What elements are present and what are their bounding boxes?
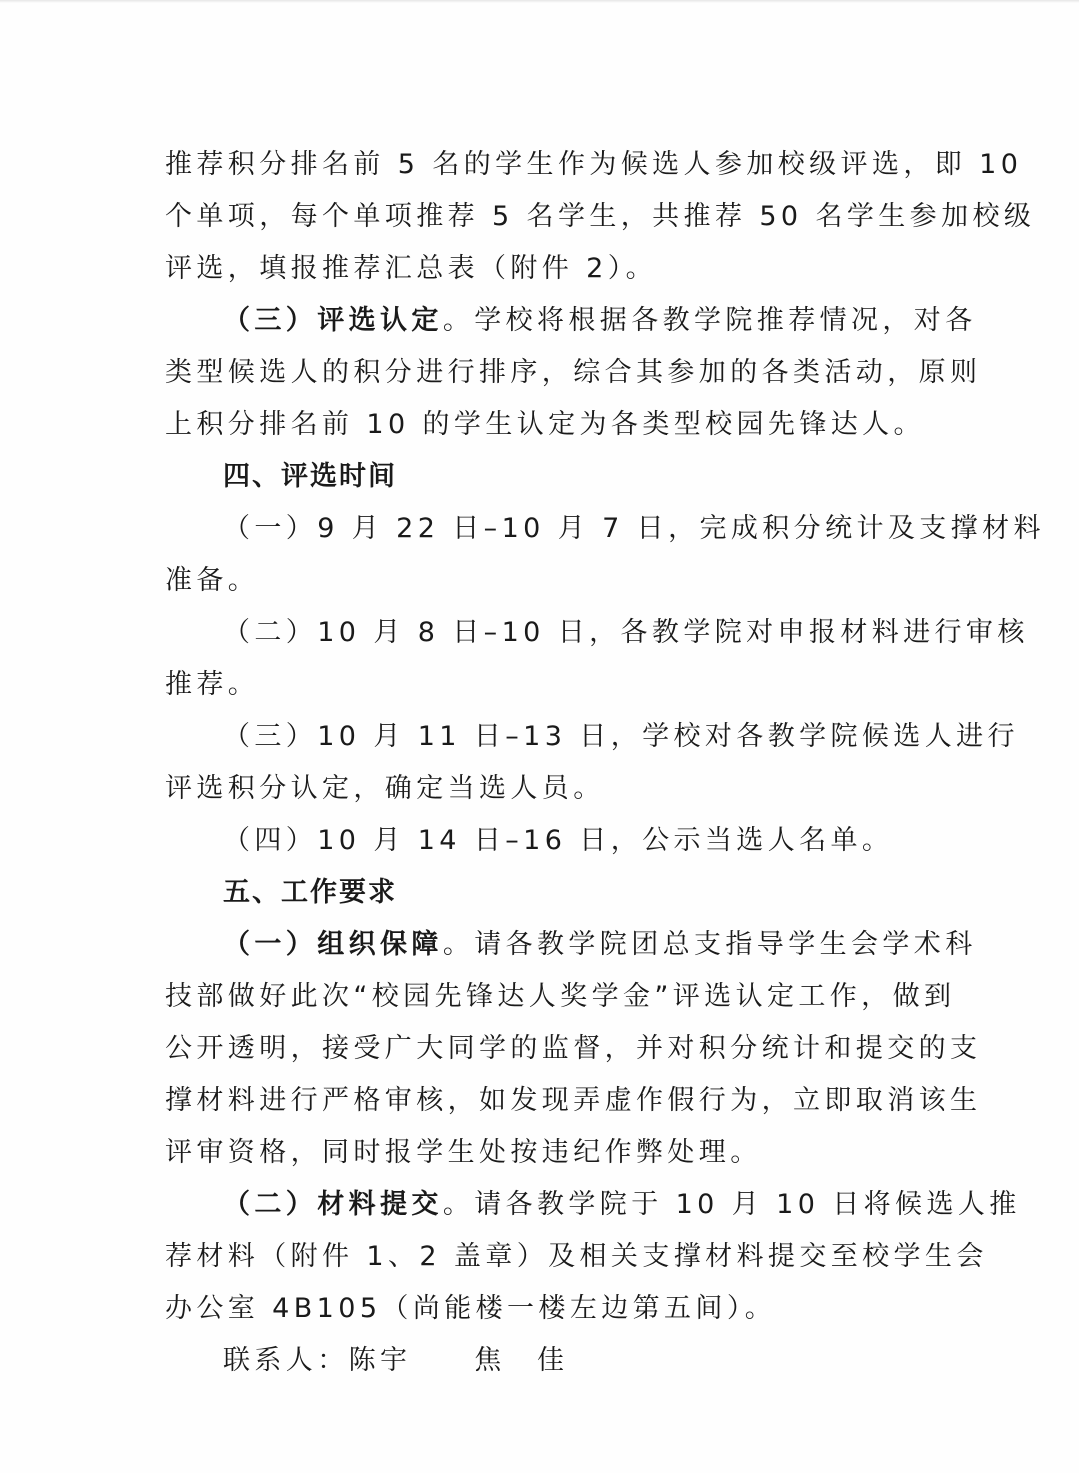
paragraph-text: 。学校将根据各教学院推荐情况，对各	[443, 305, 977, 336]
text-line: 上积分排名前 10 的学生认定为各类型校园先锋达人。	[165, 399, 917, 451]
text-line: 个单项，每个单项推荐 5 名学生，共推荐 50 名学生参加校级	[165, 191, 917, 243]
text-line: 类型候选人的积分进行排序，综合其参加的各类活动，原则	[165, 347, 917, 399]
paragraph-text: 。请各教学院于 10 月 10 日将候选人推	[443, 1189, 1021, 1220]
schedule-item: （三）10 月 11 日–13 日，学校对各教学院候选人进行	[165, 711, 917, 763]
text-line: 评选积分认定，确定当选人员。	[165, 763, 917, 815]
text-line: 公开透明，接受广大同学的监督，并对积分统计和提交的支	[165, 1023, 917, 1075]
text-line: 评选，填报推荐汇总表（附件 2）。	[165, 243, 917, 295]
paragraph-text: 。请各教学院团总支指导学生会学术科	[443, 929, 977, 960]
contact-line: 联系人：陈宇 焦 佳	[165, 1335, 917, 1387]
paragraph-lead: （三）评选认定	[223, 305, 443, 336]
section-requirements: 五、工作要求 （一）组织保障。请各教学院团总支指导学生会学术科 技部做好此次“校…	[165, 867, 917, 1387]
text-line: 评审资格，同时报学生处按违纪作弊处理。	[165, 1127, 917, 1179]
document-page: 推荐积分排名前 5 名的学生作为候选人参加校级评选，即 10 个单项，每个单项推…	[165, 139, 917, 1387]
text-line: 技部做好此次“校园先锋达人奖学金”评选认定工作，做到	[165, 971, 917, 1023]
paragraph-lead: （一）组织保障	[223, 929, 443, 960]
text-line: （三）评选认定。学校将根据各教学院推荐情况，对各	[165, 295, 917, 347]
section-heading: 四、评选时间	[165, 451, 917, 503]
text-line: 推荐。	[165, 659, 917, 711]
page-top-edge	[0, 0, 1079, 3]
paragraph-evaluation: （三）评选认定。学校将根据各教学院推荐情况，对各 类型候选人的积分进行排序，综合…	[165, 295, 917, 451]
text-line: （一）组织保障。请各教学院团总支指导学生会学术科	[165, 919, 917, 971]
schedule-item: （一）9 月 22 日–10 月 7 日，完成积分统计及支撑材料	[165, 503, 917, 555]
text-line: 准备。	[165, 555, 917, 607]
section-heading: 五、工作要求	[165, 867, 917, 919]
paragraph-recommendation: 推荐积分排名前 5 名的学生作为候选人参加校级评选，即 10 个单项，每个单项推…	[165, 139, 917, 295]
paragraph-lead: （二）材料提交	[223, 1189, 443, 1220]
schedule-item: （二）10 月 8 日–10 日，各教学院对申报材料进行审核	[165, 607, 917, 659]
text-line: 办公室 4B105（尚能楼一楼左边第五间）。	[165, 1283, 917, 1335]
section-schedule: 四、评选时间 （一）9 月 22 日–10 月 7 日，完成积分统计及支撑材料 …	[165, 451, 917, 867]
text-line: （二）材料提交。请各教学院于 10 月 10 日将候选人推	[165, 1179, 917, 1231]
text-line: 推荐积分排名前 5 名的学生作为候选人参加校级评选，即 10	[165, 139, 917, 191]
text-line: 荐材料（附件 1、2 盖章）及相关支撑材料提交至校学生会	[165, 1231, 917, 1283]
schedule-item: （四）10 月 14 日–16 日，公示当选人名单。	[165, 815, 917, 867]
text-line: 撑材料进行严格审核，如发现弄虚作假行为，立即取消该生	[165, 1075, 917, 1127]
